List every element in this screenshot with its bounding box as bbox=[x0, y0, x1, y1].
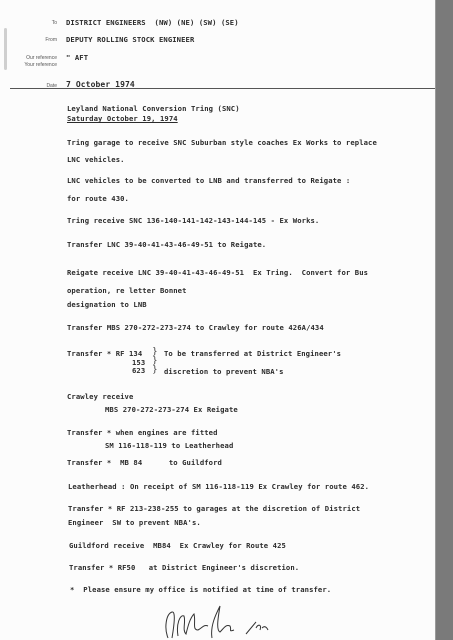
handwritten-signature bbox=[160, 600, 300, 640]
paragraph-7-note-2: discretion to prevent NBA's bbox=[164, 367, 284, 376]
brace-icon: } bbox=[152, 365, 158, 375]
paragraph-5b: operation, re letter Bonnet bbox=[67, 286, 187, 295]
paragraph-10: Transfer * MB 84 to Guildford bbox=[67, 458, 222, 467]
paragraph-12b: Engineer SW to prevent NBA's. bbox=[68, 518, 201, 527]
paragraph-4: Transfer LNC 39-40-41-43-46-49-51 to Rei… bbox=[67, 240, 266, 249]
paragraph-8b: MBS 270-272-273-274 Ex Reigate bbox=[105, 405, 238, 414]
subject-line-2: Saturday October 19, 1974 bbox=[67, 114, 178, 123]
paragraph-9b: SM 116-118-119 to Leatherhead bbox=[105, 441, 233, 450]
paragraph-12a: Transfer * RF 213-238-255 to garages at … bbox=[68, 504, 360, 513]
paragraph-7-prefix: Transfer * RF 134 bbox=[67, 349, 142, 358]
to-label: To bbox=[0, 20, 57, 26]
our-reference-value: " AFT bbox=[66, 53, 88, 62]
paragraph-5c: designation to LNB bbox=[67, 300, 147, 309]
signature-icon bbox=[160, 600, 300, 640]
paragraph-8a: Crawley receive bbox=[67, 392, 133, 401]
from-label: From bbox=[0, 37, 57, 43]
paragraph-3: Tring receive SNC 136-140-141-142-143-14… bbox=[67, 216, 319, 225]
paragraph-6: Transfer MBS 270-272-273-274 to Crawley … bbox=[67, 323, 324, 332]
paragraph-11: Leatherhead : On receipt of SM 116-118-1… bbox=[68, 482, 369, 491]
paragraph-7-num-3: 623 bbox=[132, 366, 145, 375]
scan-edge-shadow bbox=[435, 0, 453, 640]
header-divider bbox=[10, 88, 435, 89]
paragraph-14: Transfer * RF50 at District Engineer's d… bbox=[69, 563, 299, 572]
from-value: DEPUTY ROLLING STOCK ENGINEER bbox=[66, 35, 194, 44]
memo-page: To DISTRICT ENGINEERS (NW) (NE) (SW) (SE… bbox=[0, 0, 435, 640]
paragraph-2b: for route 430. bbox=[67, 194, 129, 203]
paragraph-15-footnote: * Please ensure my office is notified at… bbox=[70, 585, 331, 594]
your-reference-label: Your reference bbox=[0, 62, 57, 68]
paragraph-9a: Transfer * when engines are fitted bbox=[67, 428, 218, 437]
subject-line-1: Leyland National Conversion Tring (SNC) bbox=[67, 104, 240, 113]
to-value: DISTRICT ENGINEERS (NW) (NE) (SW) (SE) bbox=[66, 18, 239, 27]
paragraph-5a: Reigate receive LNC 39-40-41-43-46-49-51… bbox=[67, 268, 368, 277]
paragraph-2a: LNC vehicles to be converted to LNB and … bbox=[67, 176, 350, 185]
paragraph-13: Guildford receive MB84 Ex Crawley for Ro… bbox=[69, 541, 286, 550]
paragraph-1b: LNC vehicles. bbox=[67, 155, 125, 164]
our-reference-label: Our reference bbox=[0, 55, 57, 61]
paragraph-7-note-1: To be transferred at District Engineer's bbox=[164, 349, 341, 358]
paragraph-1a: Tring garage to receive SNC Suburban sty… bbox=[67, 138, 377, 147]
